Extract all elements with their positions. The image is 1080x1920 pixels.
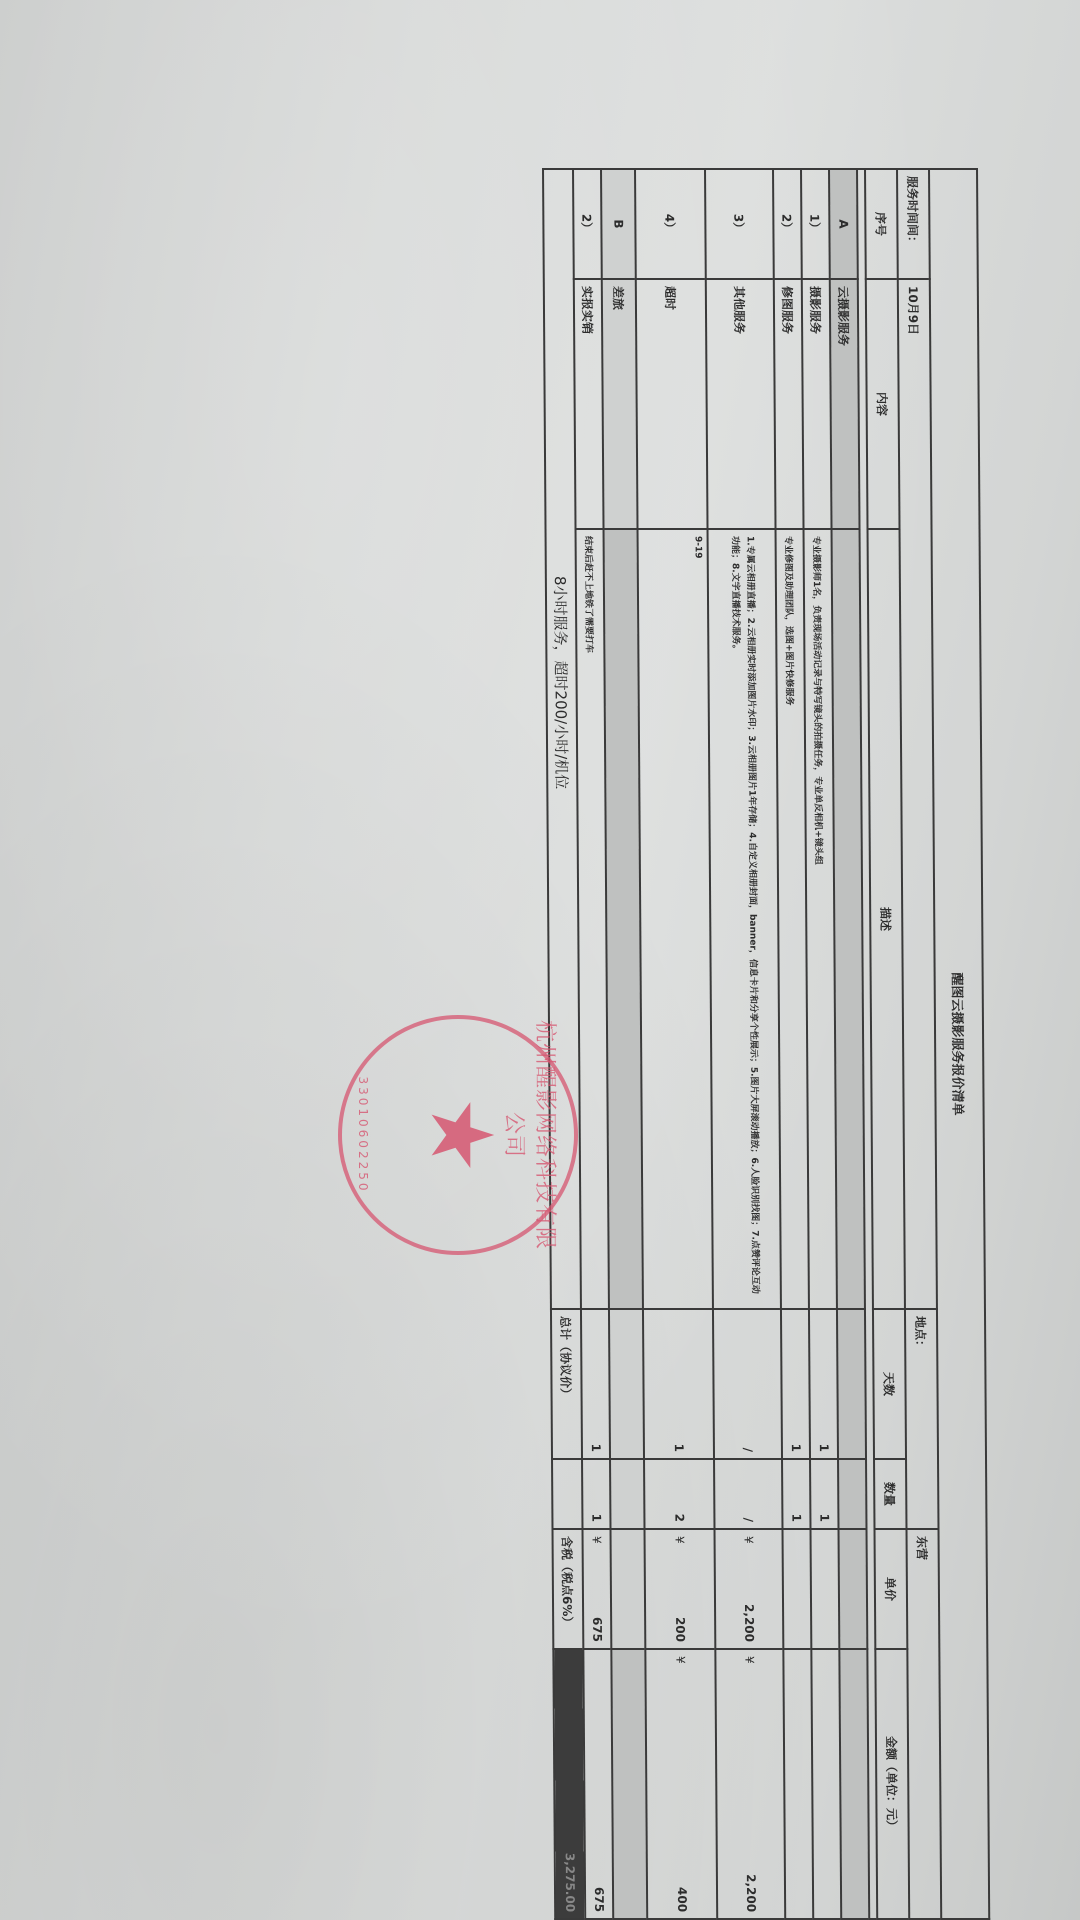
location-label: 地点： [905,1309,939,1529]
company-seal: 杭州醒影网络科技有限公司 ★ 33010602250 [338,1015,578,1255]
amount-value: 2,200 [744,1874,758,1912]
header-unit-price: 单价 [875,1529,908,1649]
tax-label: 含税（税点6%） [553,1529,584,1649]
unit-price-value: 675 [590,1617,604,1642]
total-spacer [552,1459,582,1529]
row-description: 专业修图及助理团队，选图+图片快修服务 [776,529,809,1309]
row-amount [611,1649,647,1919]
row-unit-price [839,1529,868,1649]
row-description: 结束后赶不上地铁了需要打车 [576,529,609,1309]
row-days: / [713,1309,782,1459]
row-description [832,529,865,1309]
row-amount: ¥2,200 [715,1649,785,1919]
row-days: 1 [643,1309,714,1459]
row-index: 1） [801,169,830,279]
header-index: 序号 [865,169,898,279]
row-unit-price: ¥675 [583,1529,612,1649]
row-days [837,1309,866,1459]
row-amount [783,1649,813,1919]
row-content: 差旅 [602,279,638,529]
row-description: 专业摄影师1名，负责现场活动记录与特写镜头的拍摄任务，专业单反相机+镜头组 [804,529,837,1309]
currency-symbol: ¥ [673,1656,687,1664]
currency-symbol: ¥ [673,1536,687,1544]
row-unit-price: ¥200 [645,1529,716,1649]
row-quantity [838,1459,866,1529]
service-time-label: 服务时间间： [897,169,930,279]
row-amount [811,1649,841,1919]
row-unit-price: ¥2,200 [715,1529,784,1649]
row-amount [839,1649,869,1919]
row-quantity: / [714,1459,782,1529]
row-index: 3） [705,169,774,279]
row-days: 1 [809,1309,838,1459]
row-quantity: 2 [644,1459,714,1529]
row-days: 1 [581,1309,610,1459]
currency-symbol: ¥ [590,1536,604,1544]
row-index: 2） [573,169,602,279]
location-value: 东营 [907,1529,942,1919]
currency-symbol: ¥ [742,1536,756,1544]
row-index: 4） [635,169,706,279]
total-value: 3,275.00 [553,1649,585,1919]
quotation-sheet: 醒图云摄影服务报价清单 服务时间间： 10月9日 地点： 东营 序号 内容 描述… [558,168,990,1918]
row-index: A [829,169,858,279]
row-amount: ¥400 [645,1649,717,1919]
unit-price-value: 2,200 [742,1604,756,1642]
star-icon: ★ [418,1092,504,1178]
currency-symbol: ¥ [742,1656,756,1664]
unit-price-value: 200 [673,1617,687,1642]
table-row: 4） 超时 9-19 1 2 ¥200 ¥400 [635,169,717,1919]
row-days: 1 [781,1309,810,1459]
quotation-table: 醒图云摄影服务报价清单 服务时间间： 10月9日 地点： 东营 序号 内容 描述… [542,168,990,1920]
header-content: 内容 [866,279,900,529]
row-amount: 675 [583,1649,613,1919]
row-description [604,529,643,1309]
row-unit-price [783,1529,812,1649]
total-label: 总计（协议价） [551,1309,582,1459]
header-quantity: 数量 [874,1459,906,1529]
row-description: 1.专属云相册直播；2.云相册实时添加图片水印；3.云相册图片1年存储；4.自定… [708,529,781,1309]
row-content: 其他服务 [706,279,776,529]
row-index: 2） [773,169,802,279]
row-content: 摄影服务 [802,279,832,529]
row-content: 修图服务 [774,279,804,529]
row-quantity [610,1459,644,1529]
row-unit-price [611,1529,646,1649]
row-description: 9-19 [638,529,713,1309]
row-days [609,1309,644,1459]
row-content: 云摄影服务 [830,279,860,529]
row-quantity: 1 [810,1459,838,1529]
table-row: 3） 其他服务 1.专属云相册直播；2.云相册实时添加图片水印；3.云相册图片1… [705,169,785,1919]
header-description: 描述 [868,529,905,1309]
row-content: 实报实销 [574,279,604,529]
row-index: B [601,169,636,279]
header-days: 天数 [873,1309,906,1459]
row-unit-price [811,1529,840,1649]
amount-value: 400 [675,1887,689,1912]
row-quantity: 1 [782,1459,810,1529]
seal-code: 33010602250 [356,1019,370,1251]
row-quantity: 1 [582,1459,610,1529]
row-content: 超时 [636,279,708,529]
header-amount: 金额（单位：元） [875,1649,909,1919]
footnote-text: 8小时服务，超时200/小时/机位 [551,576,570,789]
